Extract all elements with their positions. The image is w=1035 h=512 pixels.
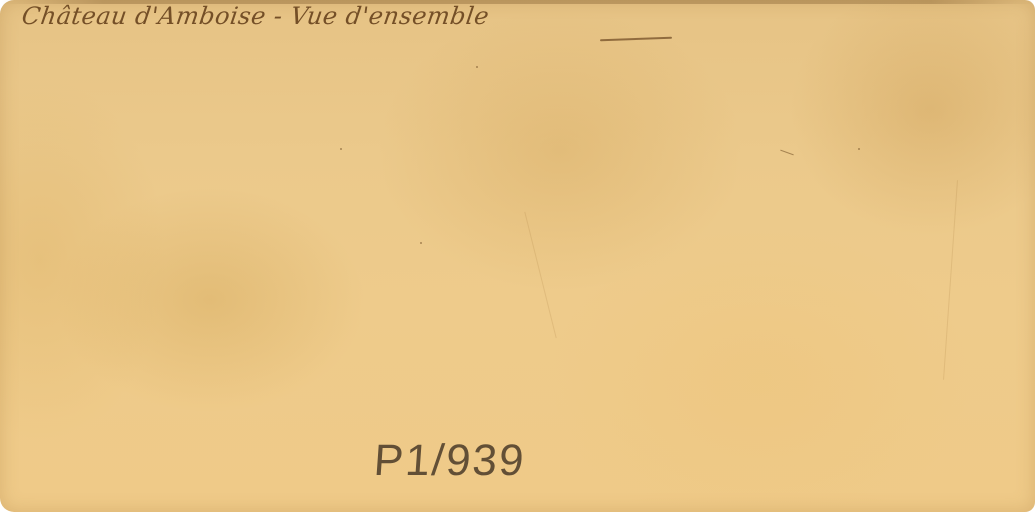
paper-speck — [858, 148, 860, 150]
paper-speck — [420, 242, 422, 244]
inventory-number: P1/939 — [372, 436, 527, 486]
paper-crease — [943, 180, 958, 380]
title-flourish — [600, 37, 672, 42]
paper-scratch — [780, 150, 793, 156]
paper-speck — [340, 148, 342, 150]
handwritten-title: Château d'Amboise - Vue d'ensemble — [20, 2, 491, 30]
paper-speck — [476, 66, 478, 68]
paper-crease — [524, 212, 556, 338]
card-back: Château d'Amboise - Vue d'ensemble P1/93… — [0, 0, 1035, 512]
